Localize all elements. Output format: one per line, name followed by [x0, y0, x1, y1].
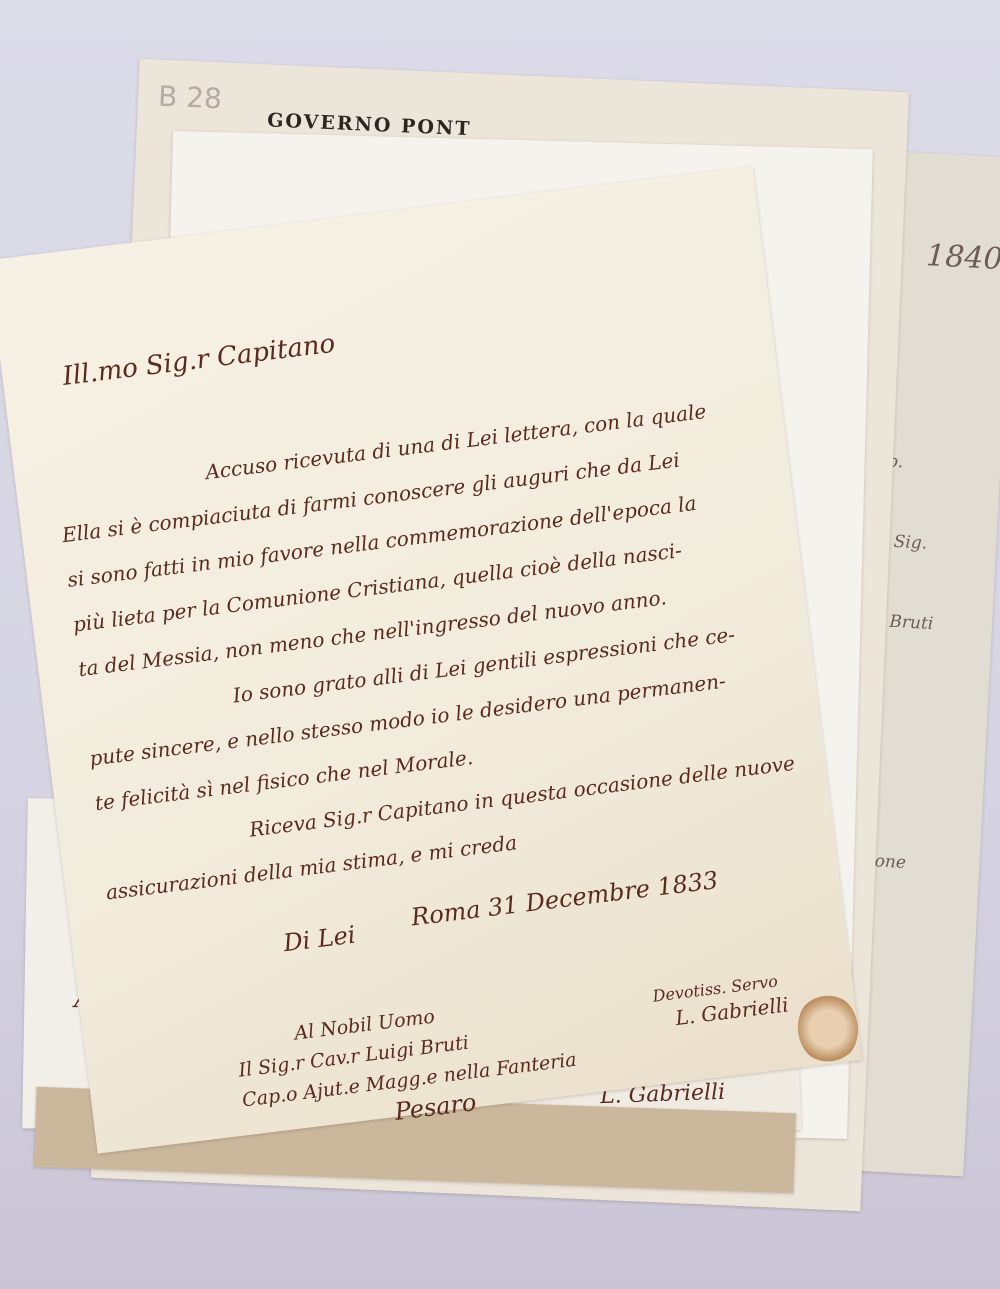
year-note: 1840	[925, 238, 1000, 277]
water-stain	[794, 990, 862, 1067]
letter-body: Accuso ricevuta di una di Lei lettera, c…	[54, 384, 803, 916]
place-date: Roma 31 Decembre 1833	[410, 866, 720, 931]
salutation: Ill.mo Sig.r Capitano	[61, 329, 337, 392]
pencil-note: B 28	[157, 80, 222, 116]
main-letter: Ill.mo Sig.r Capitano Accuso ricevuta di…	[0, 166, 862, 1153]
closing: Di Lei	[282, 921, 357, 958]
signature-block: Devotiss. Servo L. Gabrielli	[651, 969, 790, 1033]
